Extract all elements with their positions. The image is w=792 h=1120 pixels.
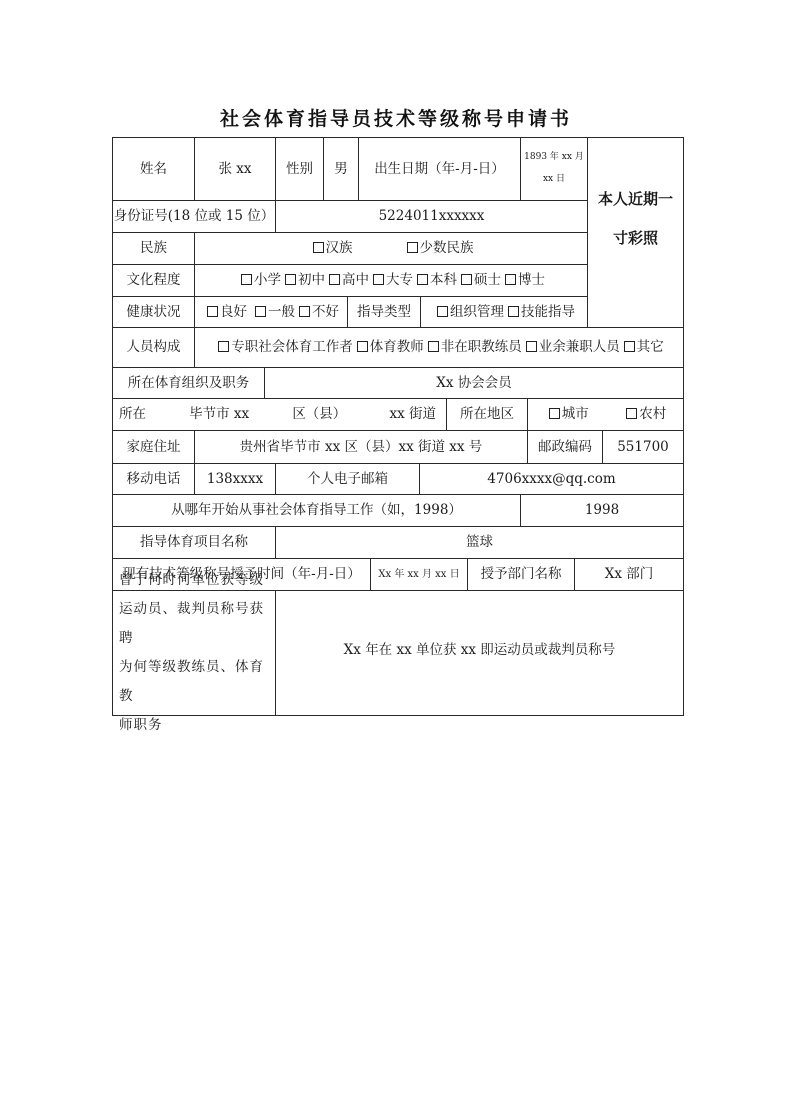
birth-date-line1: 1893 年 xx 月 — [524, 147, 584, 169]
id-number-field[interactable]: 5224011xxxxxx — [275, 200, 588, 233]
history-label: 曾于何时何单位获等级 运动员、裁判员称号获聘 为何等级教练员、体育教 师职务 — [112, 590, 276, 716]
checkbox-icon[interactable] — [626, 408, 637, 419]
checkbox-icon[interactable] — [299, 306, 310, 317]
checkbox-icon[interactable] — [437, 306, 448, 317]
birth-date-line2: xx 日 — [543, 169, 565, 191]
photo-placeholder[interactable]: 本人近期一 寸彩照 — [587, 137, 684, 328]
personnel-options: 专职社会体育工作者 体育教师 非在职教练员 业余兼职人员 其它 — [194, 327, 684, 368]
location-label: 所在 — [119, 406, 146, 422]
checkbox-icon[interactable] — [461, 274, 472, 285]
postal-code-field[interactable]: 551700 — [602, 430, 684, 464]
ethnicity-option-minority[interactable]: 少数民族 — [403, 240, 474, 256]
checkbox-icon[interactable] — [255, 306, 266, 317]
health-option-good[interactable]: 良好 — [203, 304, 247, 320]
birth-date-field[interactable]: 1893 年 xx 月 xx 日 — [520, 137, 588, 201]
guide-type-options: 组织管理 技能指导 — [420, 296, 588, 328]
checkbox-icon[interactable] — [357, 341, 368, 352]
checkbox-icon[interactable] — [285, 274, 296, 285]
education-option[interactable]: 初中 — [281, 272, 325, 288]
health-label: 健康状况 — [112, 296, 195, 328]
mobile-label: 移动电话 — [112, 463, 195, 495]
education-option[interactable]: 博士 — [501, 272, 545, 288]
email-field[interactable]: 4706xxxx@qq.com — [419, 463, 684, 495]
photo-caption-line2: 寸彩照 — [613, 219, 658, 258]
education-label: 文化程度 — [112, 264, 195, 297]
birth-date-label: 出生日期（年-月-日） — [358, 137, 521, 201]
gender-field[interactable]: 男 — [323, 137, 359, 201]
email-label: 个人电子邮箱 — [275, 463, 420, 495]
education-options: 小学 初中 高中 大专 本科 硕士 博士 — [194, 264, 588, 297]
checkbox-icon[interactable] — [241, 274, 252, 285]
personnel-option[interactable]: 业余兼职人员 — [522, 339, 620, 355]
id-number-label: 身份证号(18 位或 15 位） — [112, 200, 276, 233]
education-option[interactable]: 硕士 — [457, 272, 501, 288]
personnel-label: 人员构成 — [112, 327, 195, 368]
checkbox-icon[interactable] — [624, 341, 635, 352]
health-option-poor[interactable]: 不好 — [295, 304, 339, 320]
history-label-line: 运动员、裁判员称号获聘 — [119, 595, 275, 653]
location-district: 区（县） — [292, 406, 346, 422]
photo-caption-line1: 本人近期一 — [598, 180, 673, 219]
checkbox-icon[interactable] — [218, 341, 229, 352]
home-address-field[interactable]: 贵州省毕节市 xx 区（县）xx 街道 xx 号 — [194, 430, 528, 464]
checkbox-icon[interactable] — [508, 306, 519, 317]
area-label: 所在地区 — [446, 398, 528, 431]
name-label: 姓名 — [112, 137, 195, 201]
gender-label: 性别 — [275, 137, 324, 201]
area-options: 城市 农村 — [527, 398, 684, 431]
education-option[interactable]: 大专 — [369, 272, 413, 288]
history-label-line: 师职务 — [119, 711, 163, 740]
project-field[interactable]: 篮球 — [275, 526, 684, 559]
personnel-option[interactable]: 其它 — [620, 339, 664, 355]
checkbox-icon[interactable] — [407, 242, 418, 253]
page-title: 社会体育指导员技术等级称号申请书 — [0, 104, 792, 131]
location-street: xx 街道 — [389, 406, 436, 422]
checkbox-icon[interactable] — [549, 408, 560, 419]
history-field[interactable]: Xx 年在 xx 单位获 xx 即运动员或裁判员称号 — [275, 590, 684, 716]
grant-dept-field[interactable]: Xx 部门 — [574, 558, 684, 591]
history-label-line: 为何等级教练员、体育教 — [119, 653, 275, 711]
home-address-label: 家庭住址 — [112, 430, 195, 464]
checkbox-icon[interactable] — [526, 341, 537, 352]
checkbox-icon[interactable] — [417, 274, 428, 285]
checkbox-icon[interactable] — [428, 341, 439, 352]
organization-label: 所在体育组织及职务 — [112, 367, 265, 399]
grant-dept-label: 授予部门名称 — [467, 558, 575, 591]
checkbox-icon[interactable] — [313, 242, 324, 253]
education-option[interactable]: 小学 — [237, 272, 281, 288]
checkbox-icon[interactable] — [329, 274, 340, 285]
project-label: 指导体育项目名称 — [112, 526, 276, 559]
education-option[interactable]: 高中 — [325, 272, 369, 288]
checkbox-icon[interactable] — [373, 274, 384, 285]
personnel-option[interactable]: 非在职教练员 — [424, 339, 522, 355]
mobile-field[interactable]: 138xxxx — [194, 463, 276, 495]
location-city: 毕节市 xx — [189, 406, 249, 422]
education-option[interactable]: 本科 — [413, 272, 457, 288]
checkbox-icon[interactable] — [505, 274, 516, 285]
guide-type-option-skill[interactable]: 技能指导 — [504, 304, 575, 320]
guide-type-option-management[interactable]: 组织管理 — [433, 304, 504, 320]
grant-time-field[interactable]: Xx 年 xx 月 xx 日 — [370, 558, 468, 591]
personnel-option[interactable]: 专职社会体育工作者 — [214, 339, 353, 355]
guide-type-label: 指导类型 — [347, 296, 421, 328]
health-options: 良好 一般 不好 — [194, 296, 348, 328]
ethnicity-label: 民族 — [112, 232, 195, 265]
area-option-rural[interactable]: 农村 — [622, 406, 666, 422]
organization-field[interactable]: Xx 协会会员 — [264, 367, 684, 399]
area-option-urban[interactable]: 城市 — [545, 406, 589, 422]
personnel-option[interactable]: 体育教师 — [353, 339, 424, 355]
start-year-field[interactable]: 1998 — [520, 494, 684, 527]
checkbox-icon[interactable] — [207, 306, 218, 317]
location-field[interactable]: 所在 毕节市 xx 区（县） xx 街道 — [112, 398, 447, 431]
health-option-average[interactable]: 一般 — [251, 304, 295, 320]
history-label-line: 曾于何时何单位获等级 — [119, 566, 264, 595]
ethnicity-option-han[interactable]: 汉族 — [309, 240, 353, 256]
postal-code-label: 邮政编码 — [527, 430, 603, 464]
name-field[interactable]: 张 xx — [194, 137, 276, 201]
ethnicity-options: 汉族 少数民族 — [194, 232, 588, 265]
start-year-label: 从哪年开始从事社会体育指导工作（如，1998） — [112, 494, 521, 527]
